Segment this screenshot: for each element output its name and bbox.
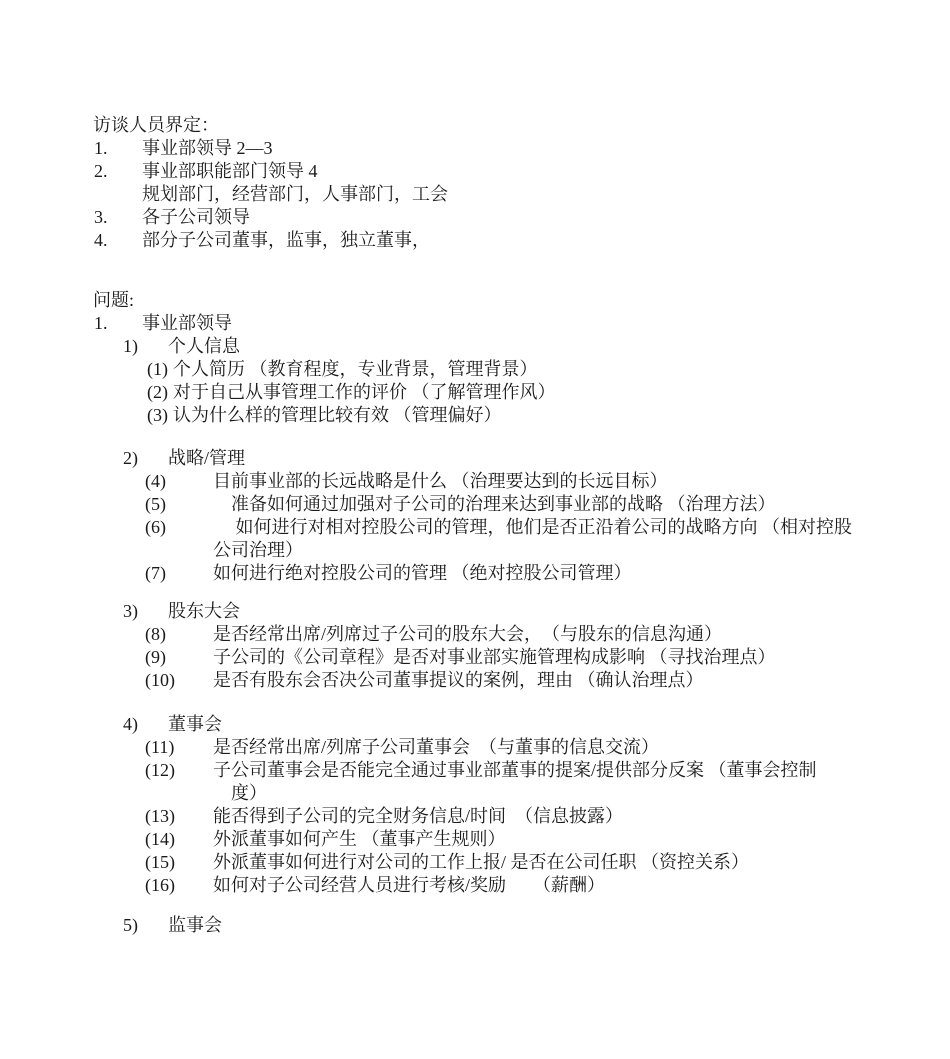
list-item-line: (5) 准备如何通过加强对子公司的治理来达到事业部的战略 （治理方法） xyxy=(0,493,950,516)
list-item-line: (2)对于自己从事管理工作的评价 （了解管理作风） xyxy=(0,381,950,404)
list-item-line: (10)是否有股东会否决公司董事提议的案例，理由 （确认治理点） xyxy=(0,669,950,692)
list-marker: 1. xyxy=(94,137,142,160)
line-text: 如何进行绝对控股公司的管理 （绝对控股公司管理） xyxy=(213,562,632,585)
list-marker: (15) xyxy=(145,851,213,874)
list-item-line: 1.事业部领导 xyxy=(0,312,950,335)
list-marker: (10) xyxy=(145,669,213,692)
list-item-line: (13)能否得到子公司的完全财务信息/时间 （信息披露） xyxy=(0,805,950,828)
line-text: 如何对子公司经营人员进行考核/奖励 （薪酬） xyxy=(213,874,605,897)
line-text: 部分子公司董事，监事，独立董事， xyxy=(142,229,430,252)
blank-space xyxy=(0,252,950,289)
list-item-line: 2.事业部职能部门领导 4 xyxy=(0,160,950,183)
list-marker: (8) xyxy=(145,623,213,646)
line-text: 事业部领导 2—3 xyxy=(142,137,273,160)
list-marker: (3) xyxy=(147,404,173,427)
list-item-line: (7)如何进行绝对控股公司的管理 （绝对控股公司管理） xyxy=(0,562,950,585)
line-text: 股东大会 xyxy=(168,600,240,623)
line-text: 个人简历 （教育程度，专业背景，管理背景） xyxy=(173,358,538,381)
list-item-line: 1)个人信息 xyxy=(0,335,950,358)
line-text: 子公司董事会是否能完全通过事业部董事的提案/提供部分反案 （董事会控制 度） xyxy=(213,759,817,805)
line-text: 能否得到子公司的完全财务信息/时间 （信息披露） xyxy=(213,805,623,828)
line-text: 外派董事如何产生 （董事产生规则） xyxy=(213,828,506,851)
list-item-line: 4.部分子公司董事，监事，独立董事， xyxy=(0,229,950,252)
line-text: 事业部职能部门领导 4 xyxy=(142,160,318,183)
list-item-line: (3)认为什么样的管理比较有效 （管理偏好） xyxy=(0,404,950,427)
blank-space xyxy=(0,897,950,914)
list-marker: 2) xyxy=(123,447,168,470)
document-body: 访谈人员界定：1.事业部领导 2—32.事业部职能部门领导 4规划部门，经营部门… xyxy=(0,114,950,937)
list-item-line: (16)如何对子公司经营人员进行考核/奖励 （薪酬） xyxy=(0,874,950,897)
list-marker: 3. xyxy=(94,206,142,229)
list-marker: 2. xyxy=(94,160,142,183)
line-text: 个人信息 xyxy=(168,335,240,358)
line-text: 目前事业部的长远战略是什么 （治理要达到的长远目标） xyxy=(213,470,668,493)
list-item-line: 3.各子公司领导 xyxy=(0,206,950,229)
list-marker: (14) xyxy=(145,828,213,851)
line-text: 是否经常出席/列席过子公司的股东大会， （与股东的信息沟通） xyxy=(213,623,722,646)
list-marker: 3) xyxy=(123,600,168,623)
list-marker: (5) xyxy=(145,493,213,516)
list-marker: (6) xyxy=(145,516,213,539)
list-item-line: 5)监事会 xyxy=(0,914,950,937)
blank-space xyxy=(0,585,950,600)
line-text: 访谈人员界定： xyxy=(93,114,219,137)
list-item-line: (1)个人简历 （教育程度，专业背景，管理背景） xyxy=(0,358,950,381)
list-item-line: 3)股东大会 xyxy=(0,600,950,623)
list-item-line: 2)战略/管理 xyxy=(0,447,950,470)
line-text: 事业部领导 xyxy=(142,312,232,335)
document-page: 访谈人员界定：1.事业部领导 2—32.事业部职能部门领导 4规划部门，经营部门… xyxy=(0,0,950,1059)
line-text: 对于自己从事管理工作的评价 （了解管理作风） xyxy=(173,381,556,404)
list-marker: 1. xyxy=(94,312,142,335)
line-text: 认为什么样的管理比较有效 （管理偏好） xyxy=(173,404,502,427)
line-text: 监事会 xyxy=(168,914,222,937)
line-text: 各子公司领导 xyxy=(142,206,250,229)
list-item-line: (4)目前事业部的长远战略是什么 （治理要达到的长远目标） xyxy=(0,470,950,493)
list-item-line: (6) 如何进行对相对控股公司的管理，他们是否正沿着公司的战略方向 （相对控股 … xyxy=(0,516,950,562)
list-marker: (1) xyxy=(147,358,173,381)
list-marker: 5) xyxy=(123,914,168,937)
line-text: 如何进行对相对控股公司的管理，他们是否正沿着公司的战略方向 （相对控股 公司治理… xyxy=(213,516,852,562)
list-marker: (2) xyxy=(147,381,173,404)
blank-space xyxy=(0,427,950,447)
paragraph-line: 访谈人员界定： xyxy=(0,114,950,137)
list-item-line: 1.事业部领导 2—3 xyxy=(0,137,950,160)
line-text: 准备如何通过加强对子公司的治理来达到事业部的战略 （治理方法） xyxy=(213,493,776,516)
list-marker: (11) xyxy=(145,736,213,759)
list-item-line: (9)子公司的《公司章程》是否对事业部实施管理构成影响 （寻找治理点） xyxy=(0,646,950,669)
list-item-line: (12)子公司董事会是否能完全通过事业部董事的提案/提供部分反案 （董事会控制 … xyxy=(0,759,950,805)
list-item-line: (15)外派董事如何进行对公司的工作上报/ 是否在公司任职 （资控关系） xyxy=(0,851,950,874)
list-marker: 1) xyxy=(123,335,168,358)
list-item-line: (8)是否经常出席/列席过子公司的股东大会， （与股东的信息沟通） xyxy=(0,623,950,646)
continuation-line: 规划部门，经营部门，人事部门，工会 xyxy=(0,183,950,206)
list-marker: 4. xyxy=(94,229,142,252)
line-text: 战略/管理 xyxy=(168,447,245,470)
line-text: 董事会 xyxy=(168,713,222,736)
list-marker: (13) xyxy=(145,805,213,828)
list-item-line: (11)是否经常出席/列席子公司董事会 （与董事的信息交流） xyxy=(0,736,950,759)
line-text: 规划部门，经营部门，人事部门，工会 xyxy=(142,183,448,206)
list-item-line: (14)外派董事如何产生 （董事产生规则） xyxy=(0,828,950,851)
line-text: 问题: xyxy=(93,289,134,312)
line-text: 是否经常出席/列席子公司董事会 （与董事的信息交流） xyxy=(213,736,659,759)
list-marker: (12) xyxy=(145,759,213,782)
list-marker: 4) xyxy=(123,713,168,736)
line-text: 子公司的《公司章程》是否对事业部实施管理构成影响 （寻找治理点） xyxy=(213,646,776,669)
line-text: 外派董事如何进行对公司的工作上报/ 是否在公司任职 （资控关系） xyxy=(213,851,749,874)
blank-space xyxy=(0,692,950,713)
list-marker: (16) xyxy=(145,874,213,897)
list-marker: (4) xyxy=(145,470,213,493)
line-text: 是否有股东会否决公司董事提议的案例，理由 （确认治理点） xyxy=(213,669,704,692)
list-item-line: 4)董事会 xyxy=(0,713,950,736)
list-marker: (7) xyxy=(145,562,213,585)
paragraph-line: 问题: xyxy=(0,289,950,312)
list-marker: (9) xyxy=(145,646,213,669)
